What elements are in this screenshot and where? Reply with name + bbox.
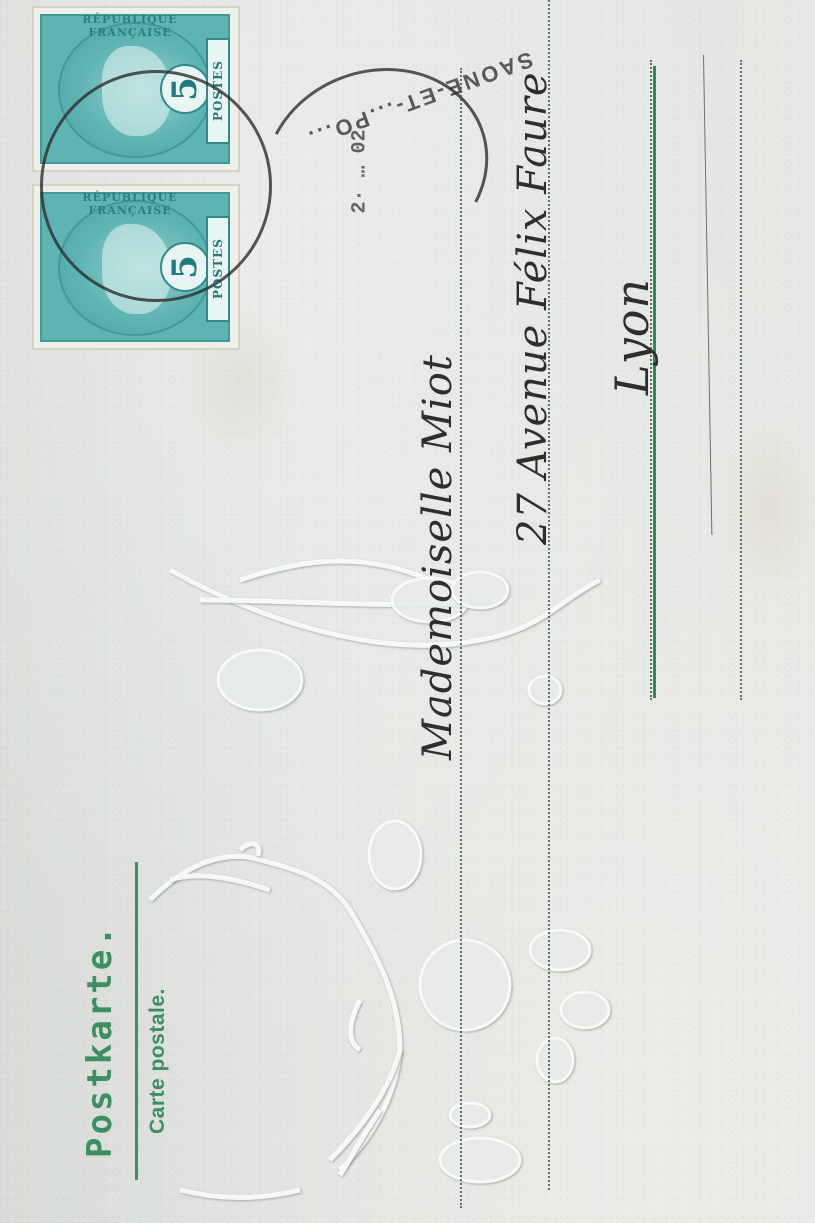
postcard: RÉPUBLIQUE FRANÇAISE 5 POSTES RÉPUBLIQUE… — [0, 0, 815, 1223]
pencil-line — [703, 55, 712, 535]
paper-stain — [720, 420, 815, 600]
address-recipient: Mademoiselle Miot — [415, 354, 461, 760]
postmark-date: 2· … 02 — [349, 129, 372, 213]
postmark-circle — [40, 70, 272, 302]
stamp-country-text: RÉPUBLIQUE FRANÇAISE — [70, 13, 190, 39]
title-underline — [135, 862, 138, 1180]
address-line — [740, 60, 742, 700]
printed-title: Postkarte. — [80, 923, 120, 1158]
printed-subtitle: Carte postale. — [146, 988, 170, 1134]
address-street: 27 Avenue Félix Faure — [510, 71, 556, 545]
address-city: Lyon — [605, 278, 659, 395]
